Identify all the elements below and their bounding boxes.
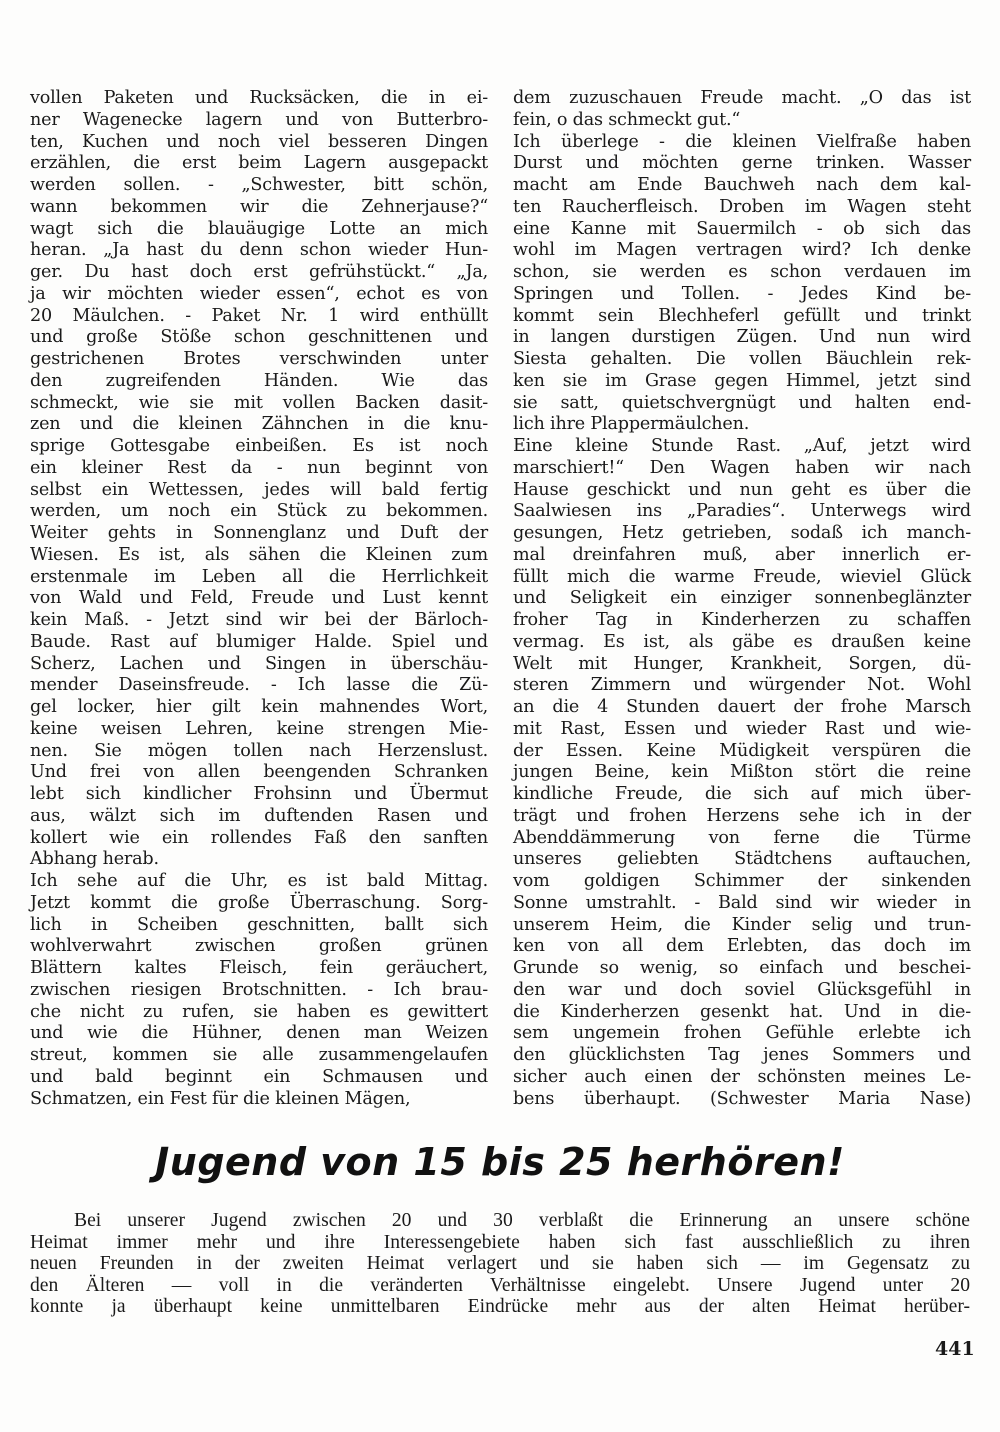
text-line: von Wald und Feld, Freude und Lust kennt	[30, 588, 488, 610]
text-line: bens überhaupt. (Schwester Maria Nase)	[513, 1089, 971, 1111]
text-line: gel locker, hier gilt kein mahnendes Wor…	[30, 697, 488, 719]
text-line: und große Stöße schon geschnittenen und	[30, 327, 488, 349]
text-line: schon, sie werden es schon verdauen im	[513, 262, 971, 284]
text-line: ken sie im Grase gegen Himmel, jetzt sin…	[513, 371, 971, 393]
text-line: sie satt, quietschvergnügt und halten en…	[513, 393, 971, 415]
text-line: kommt sein Blechheferl gefüllt und trink…	[513, 306, 971, 328]
text-line: erzählen, die erst beim Lagern ausgepack…	[30, 153, 488, 175]
text-line: Blättern kaltes Fleisch, fein geräuchert…	[30, 958, 488, 980]
text-line: trägt und frohen Herzens sehe ich in der	[513, 806, 971, 828]
text-line: wohl im Magen vertragen wird? Ich denke	[513, 240, 971, 262]
text-line: streut, kommen sie alle zusammengelaufen	[30, 1045, 488, 1067]
text-line: jungen Beine, kein Mißton stört die rein…	[513, 762, 971, 784]
article-left-column: vollen Paketen und Rucksäcken, die in ei…	[30, 88, 488, 1110]
text-line: lich in Scheiben geschnitten, ballt sich	[30, 915, 488, 937]
text-line: Hause geschickt und nun geht es über die	[513, 480, 971, 502]
text-line: Abhang herab.	[30, 849, 488, 871]
text-line: vollen Paketen und Rucksäcken, die in ei…	[30, 88, 488, 110]
text-line: wagt sich die blauäugige Lotte an mich	[30, 219, 488, 241]
text-line: kindliche Freude, die sich auf mich über…	[513, 784, 971, 806]
text-line: unseres geliebten Städtchens auftauchen,	[513, 849, 971, 871]
text-line: neuen Freunden in der zweiten Heimat ver…	[30, 1253, 970, 1275]
text-line: nen. Sie mögen tollen nach Herzenslust.	[30, 741, 488, 763]
text-line: Ich sehe auf die Uhr, es ist bald Mittag…	[30, 871, 488, 893]
article-right-column: dem zuzuschauen Freude macht. „O das ist…	[513, 88, 971, 1110]
text-line: Eine kleine Stunde Rast. „Auf, jetzt wir…	[513, 436, 971, 458]
text-line: dem zuzuschauen Freude macht. „O das ist	[513, 88, 971, 110]
text-line: und wie die Hühner, denen man Weizen	[30, 1023, 488, 1045]
article-body: Bei unserer Jugend zwischen 20 und 30 ve…	[30, 1210, 970, 1318]
text-line: Jetzt kommt die große Überraschung. Sorg…	[30, 893, 488, 915]
text-line: an die 4 Stunden dauert der frohe Marsch	[513, 697, 971, 719]
text-line: mit Rast, Essen und wieder Rast und wie-	[513, 719, 971, 741]
text-line: aus, wälzt sich im duftenden Rasen und	[30, 806, 488, 828]
text-line: marschiert!“ Den Wagen haben wir nach	[513, 458, 971, 480]
text-line: ein kleiner Rest da - nun beginnt von	[30, 458, 488, 480]
text-line: konnte ja überhaupt keine unmittelbaren …	[30, 1296, 970, 1318]
text-line: ten Raucherfleisch. Droben im Wagen steh…	[513, 197, 971, 219]
text-line: che nicht zu rufen, sie haben es gewitte…	[30, 1002, 488, 1024]
text-line: mal dreinfahren muß, aber innerlich er-	[513, 545, 971, 567]
magazine-page: vollen Paketen und Rucksäcken, die in ei…	[0, 0, 1000, 1432]
text-line: kollert wie ein rollendes Faß den sanfte…	[30, 828, 488, 850]
text-line: macht am Ende Bauchweh nach dem kal-	[513, 175, 971, 197]
text-line: Heimat immer mehr und ihre Interessengeb…	[30, 1232, 970, 1254]
text-line: gestrichenen Brotes verschwinden unter	[30, 349, 488, 371]
text-line: ken von all dem Erlebten, das doch im	[513, 936, 971, 958]
text-line: sicher auch einen der schönsten meines L…	[513, 1067, 971, 1089]
text-line: unserem Heim, die Kinder selig und trun-	[513, 915, 971, 937]
text-line: Saalwiesen ins „Paradies“. Unterwegs wir…	[513, 501, 971, 523]
text-line: Welt mit Hunger, Krankheit, Sorgen, dü-	[513, 654, 971, 676]
text-line: fein, o das schmeckt gut.“	[513, 110, 971, 132]
text-line: eine Kanne mit Sauermilch - ob sich das	[513, 219, 971, 241]
text-line: erstenmale im Leben all die Herrlichkeit	[30, 567, 488, 589]
text-line: wann bekommen wir die Zehnerjause?“	[30, 197, 488, 219]
text-line: den Älteren — voll in die veränderten Ve…	[30, 1275, 970, 1297]
article-headline: Jugend von 15 bis 25 herhören!	[0, 1140, 1000, 1184]
text-line: Weiter gehts in Sonnenglanz und Duft der	[30, 523, 488, 545]
page-number: 441	[935, 1338, 975, 1360]
text-line: sem ungemein frohen Gefühle erlebte ich	[513, 1023, 971, 1045]
text-line: steren Zimmern und würgender Not. Wohl	[513, 675, 971, 697]
text-line: und bald beginnt ein Schmausen und	[30, 1067, 488, 1089]
text-line: die Kinderherzen gesenkt hat. Und in die…	[513, 1002, 971, 1024]
text-line: werden sollen. - „Schwester, bitt schön,	[30, 175, 488, 197]
text-line: ger. Du hast doch erst gefrühstückt.“ „J…	[30, 262, 488, 284]
text-line: gesungen, Hetz getrieben, sodaß ich manc…	[513, 523, 971, 545]
text-line: Scherz, Lachen und Singen in überschäu-	[30, 654, 488, 676]
text-line: in langen durstigen Zügen. Und nun wird	[513, 327, 971, 349]
text-line: Durst und möchten gerne trinken. Wasser	[513, 153, 971, 175]
text-line: den war und doch soviel Glücksgefühl in	[513, 980, 971, 1002]
text-line: ner Wagenecke lagern und von Butterbro-	[30, 110, 488, 132]
text-line: lebt sich kindlicher Frohsinn und Übermu…	[30, 784, 488, 806]
text-line: werden, um noch ein Stück zu bekommen.	[30, 501, 488, 523]
text-line: mender Daseinsfreude. - Ich lasse die Zü…	[30, 675, 488, 697]
text-line: zen und die kleinen Zähnchen in die knu-	[30, 414, 488, 436]
text-line: zwischen riesigen Brotschnitten. - Ich b…	[30, 980, 488, 1002]
text-line: 20 Mäulchen. - Paket Nr. 1 wird enthüllt	[30, 306, 488, 328]
text-line: ten, Kuchen und noch viel besseren Dinge…	[30, 132, 488, 154]
text-line: keine weisen Lehren, keine strengen Mie-	[30, 719, 488, 741]
text-line: den zugreifenden Händen. Wie das	[30, 371, 488, 393]
text-line: kein Maß. - Jetzt sind wir bei der Bärlo…	[30, 610, 488, 632]
text-line: den glücklichsten Tag jenes Sommers und	[513, 1045, 971, 1067]
text-line: Wiesen. Es ist, als sähen die Kleinen zu…	[30, 545, 488, 567]
text-line: Abenddämmerung von ferne die Türme	[513, 828, 971, 850]
text-line: Schmatzen, ein Fest für die kleinen Mäge…	[30, 1089, 488, 1111]
text-line: vom goldigen Schimmer der sinkenden	[513, 871, 971, 893]
text-line: wohlverwahrt zwischen großen grünen	[30, 936, 488, 958]
text-line: froher Tag in Kinderherzen zu schaffen	[513, 610, 971, 632]
text-line: Siesta gehalten. Die vollen Bäuchlein re…	[513, 349, 971, 371]
text-line: Und frei von allen beengenden Schranken	[30, 762, 488, 784]
text-line: selbst ein Wettessen, jedes will bald fe…	[30, 480, 488, 502]
text-line: und Seligkeit ein einziger sonnenbeglänz…	[513, 588, 971, 610]
text-line: Sonne umstrahlt. - Bald sind wir wieder …	[513, 893, 971, 915]
text-line: der Essen. Keine Müdigkeit verspüren die	[513, 741, 971, 763]
text-line: Grunde so wenig, so einfach und beschei-	[513, 958, 971, 980]
text-line: Springen und Tollen. - Jedes Kind be-	[513, 284, 971, 306]
text-line: heran. „Ja hast du denn schon wieder Hun…	[30, 240, 488, 262]
text-line: sprige Gottesgabe einbeißen. Es ist noch	[30, 436, 488, 458]
text-line: Bei unserer Jugend zwischen 20 und 30 ve…	[30, 1210, 970, 1232]
text-line: füllt mich die warme Freude, wieviel Glü…	[513, 567, 971, 589]
text-line: ja wir möchten wieder essen“, echot es v…	[30, 284, 488, 306]
text-line: Ich überlege - die kleinen Vielfraße hab…	[513, 132, 971, 154]
text-line: Baude. Rast auf blumiger Halde. Spiel un…	[30, 632, 488, 654]
text-line: vermag. Es ist, als gäbe es draußen kein…	[513, 632, 971, 654]
text-line: lich ihre Plappermäulchen.	[513, 414, 971, 436]
text-line: schmeckt, wie sie mit vollen Backen dasi…	[30, 393, 488, 415]
